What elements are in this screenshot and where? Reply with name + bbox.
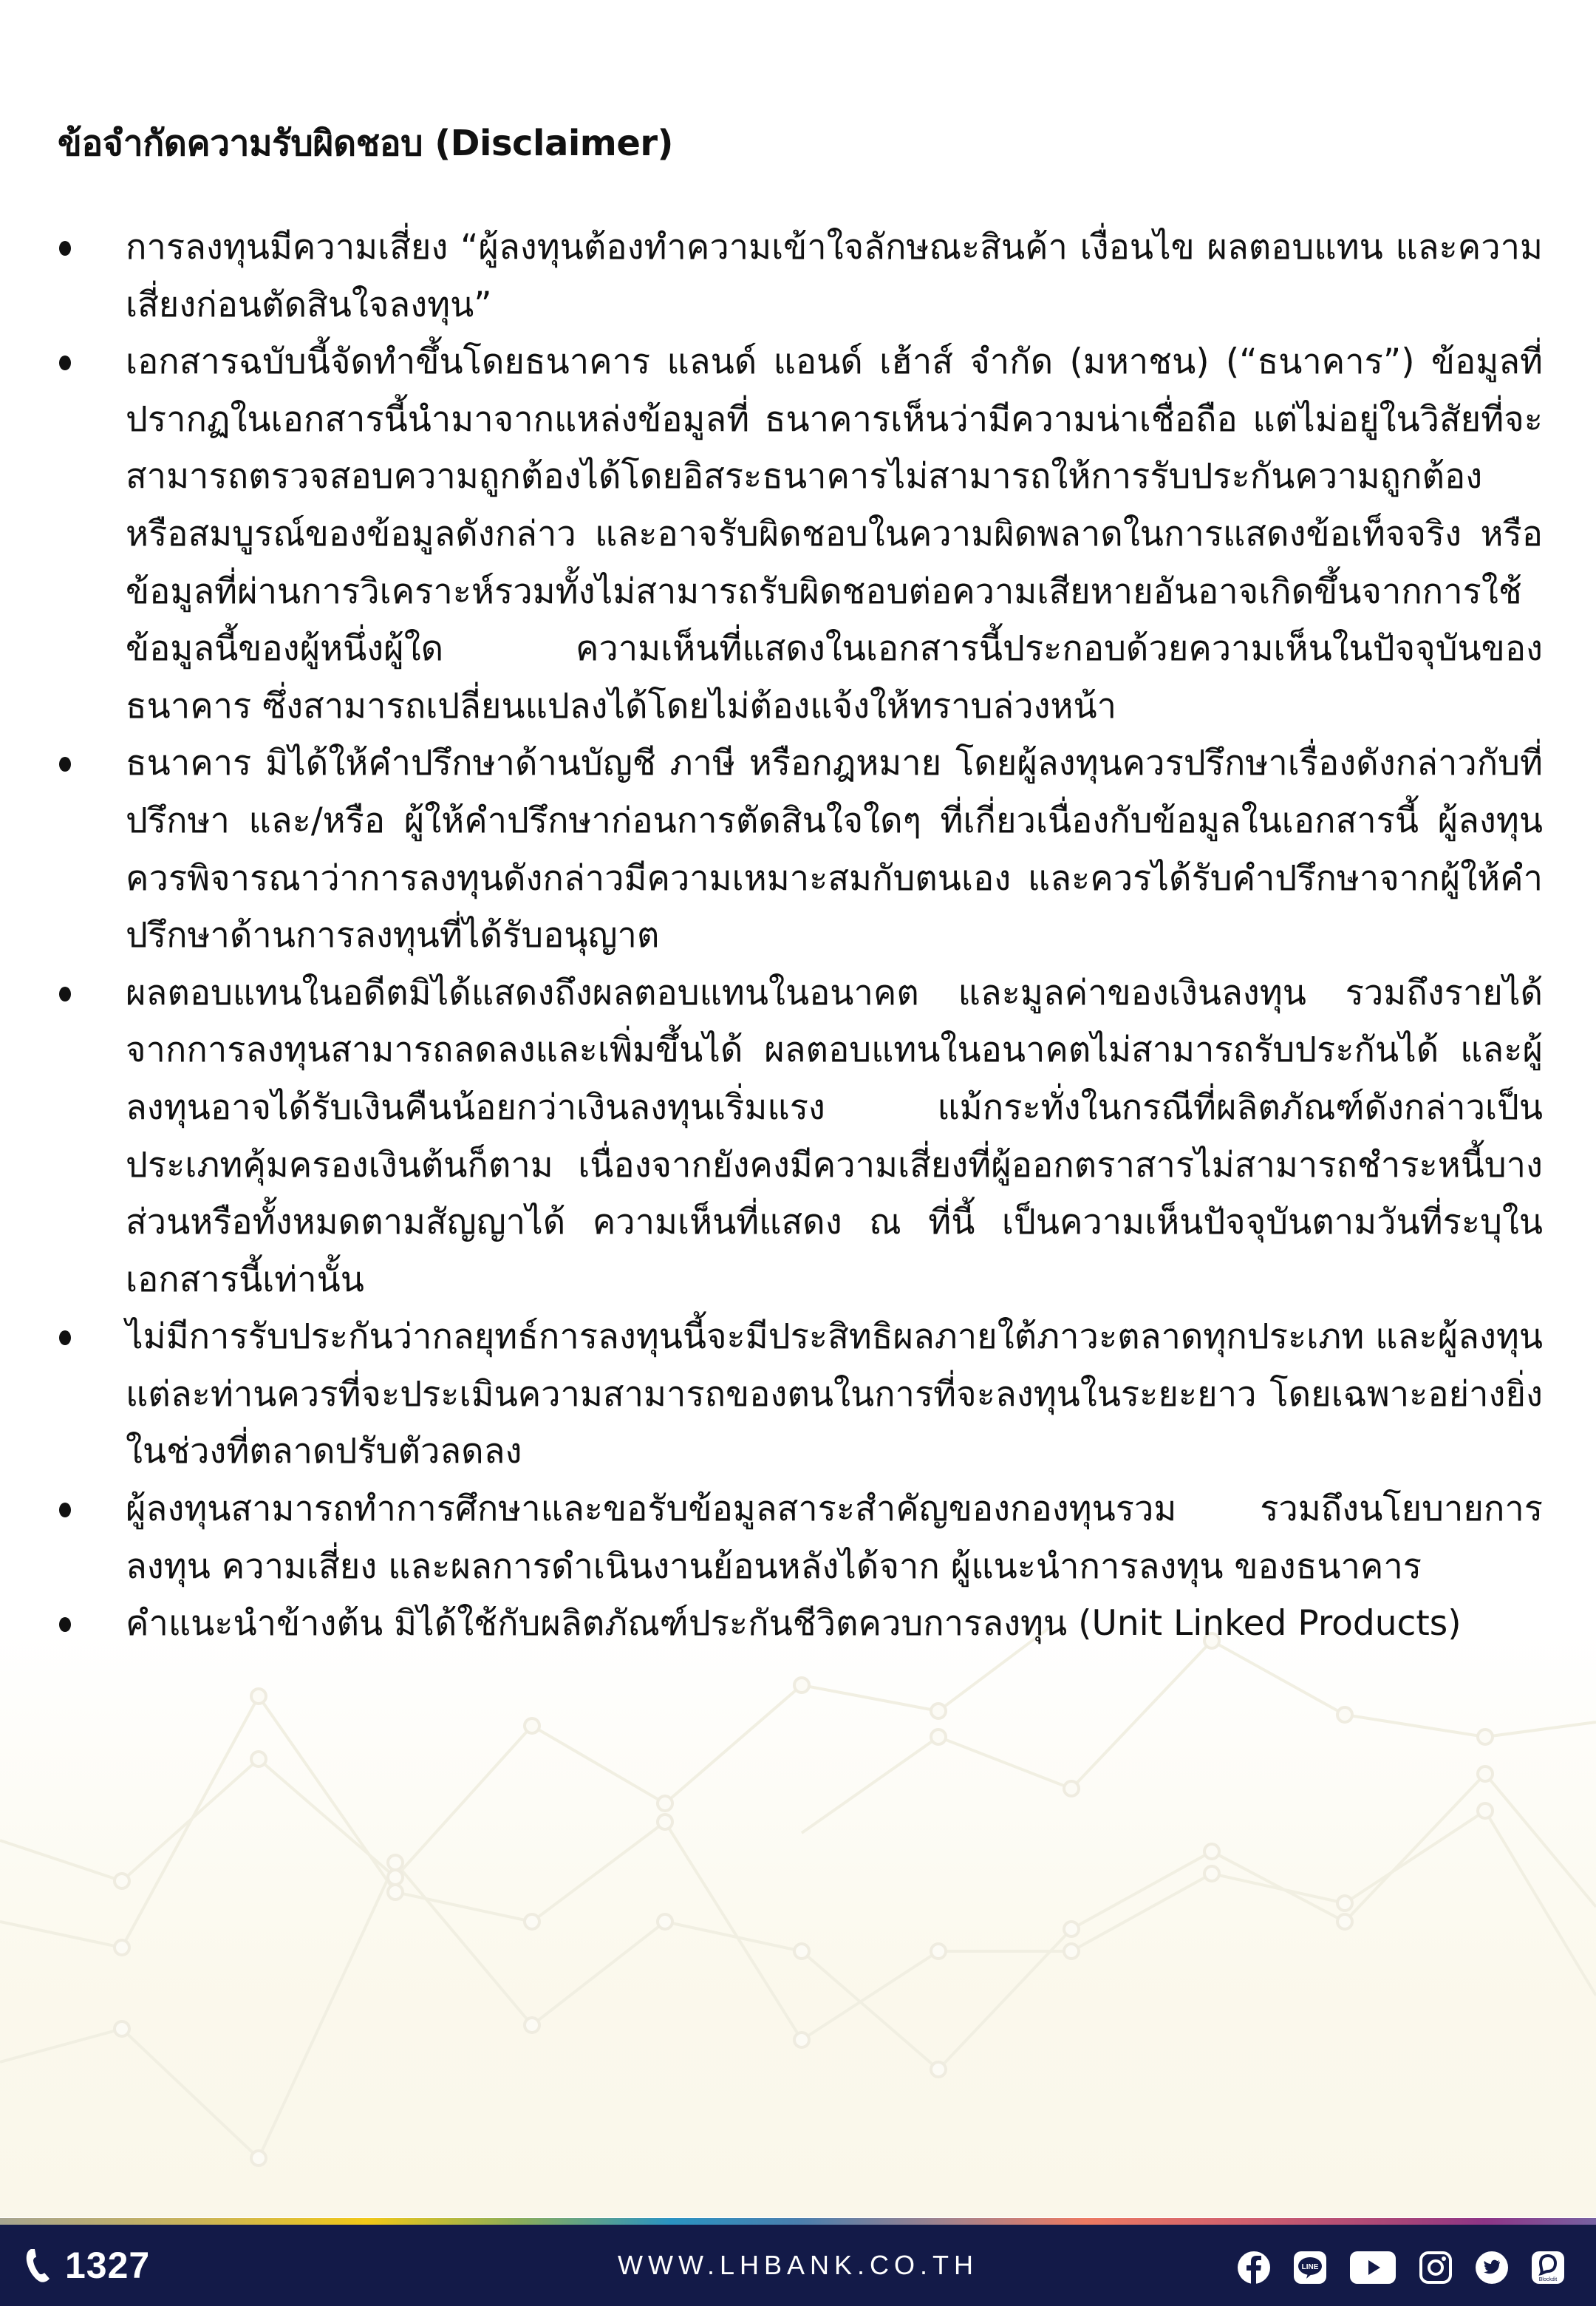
- facebook-icon: [1237, 2250, 1271, 2285]
- svg-text:Blockdit: Blockdit: [1539, 2277, 1558, 2282]
- disclaimer-text: เอกสารฉบับนี้จัดทำขึ้นโดยธนาคาร แลนด์ แอ…: [126, 341, 1543, 727]
- disclaimer-item: ผลตอบแทนในอดีตมิได้แสดงถึงผลตอบแทนในอนาค…: [58, 965, 1543, 1309]
- disclaimer-text: ไม่มีการรับประกันว่ากลยุทธ์การลงทุนนี้จะ…: [126, 1316, 1543, 1472]
- youtube-link[interactable]: [1349, 2250, 1396, 2285]
- line-icon: LINE: [1293, 2250, 1327, 2285]
- disclaimer-item: คำแนะนำข้างต้น มิได้ใช้กับผลิตภัณฑ์ประกั…: [58, 1595, 1543, 1653]
- disclaimer-text: คำแนะนำข้างต้น มิได้ใช้กับผลิตภัณฑ์ประกั…: [126, 1603, 1462, 1644]
- instagram-link[interactable]: [1419, 2250, 1453, 2285]
- disclaimer-item: ธนาคาร มิได้ให้คำปรึกษาด้านบัญชี ภาษี หร…: [58, 735, 1543, 964]
- disclaimer-item: ผู้ลงทุนสามารถทำการศึกษาและขอรับข้อมูลสา…: [58, 1480, 1543, 1595]
- disclaimer-list: การลงทุนมีความเสี่ยง “ผู้ลงทุนต้องทำความ…: [58, 219, 1543, 1653]
- page-title: ข้อจำกัดความรับผิดชอบ (Disclaimer): [58, 115, 673, 171]
- disclaimer-item: เอกสารฉบับนี้จัดทำขึ้นโดยธนาคาร แลนด์ แอ…: [58, 333, 1543, 735]
- disclaimer-item: การลงทุนมีความเสี่ยง “ผู้ลงทุนต้องทำความ…: [58, 219, 1543, 333]
- disclaimer-text: ธนาคาร มิได้ให้คำปรึกษาด้านบัญชี ภาษี หร…: [126, 743, 1543, 956]
- youtube-icon: [1349, 2250, 1396, 2285]
- social-links: LINE Blockdit: [1237, 2250, 1565, 2285]
- footer: 1327 WWW.LHBANK.CO.TH LINE: [0, 2225, 1596, 2306]
- disclaimer-text: การลงทุนมีความเสี่ยง “ผู้ลงทุนต้องทำความ…: [126, 227, 1543, 325]
- decorative-chart-lines: [0, 1626, 1596, 2217]
- disclaimer-item: ไม่มีการรับประกันว่ากลยุทธ์การลงทุนนี้จะ…: [58, 1308, 1543, 1480]
- line-link[interactable]: LINE: [1293, 2250, 1327, 2285]
- instagram-icon: [1419, 2250, 1453, 2285]
- svg-text:LINE: LINE: [1302, 2263, 1319, 2271]
- disclaimer-text: ผลตอบแทนในอดีตมิได้แสดงถึงผลตอบแทนในอนาค…: [126, 973, 1543, 1300]
- facebook-link[interactable]: [1237, 2250, 1271, 2285]
- blockdit-icon: Blockdit: [1531, 2250, 1565, 2285]
- disclaimer-text: ผู้ลงทุนสามารถทำการศึกษาและขอรับข้อมูลสา…: [126, 1489, 1543, 1587]
- footer-gradient-bar: [0, 2218, 1596, 2225]
- twitter-icon: [1475, 2250, 1509, 2285]
- twitter-link[interactable]: [1475, 2250, 1509, 2285]
- blockdit-link[interactable]: Blockdit: [1531, 2250, 1565, 2285]
